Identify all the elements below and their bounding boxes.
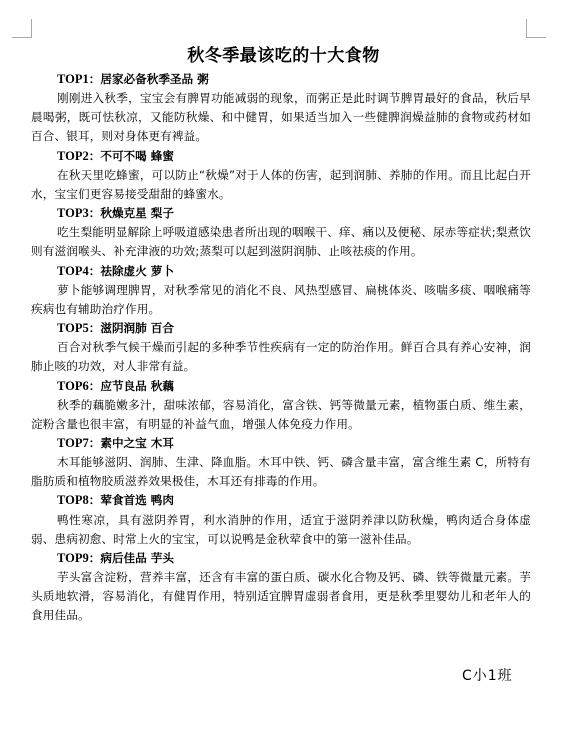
- document-body: TOP1：居家必备秋季圣品 粥 刚刚进入秋季，宝宝会有脾胃功能减弱的现象，而粥正…: [31, 70, 531, 626]
- rank-label: TOP8: [57, 493, 89, 507]
- document-title: 秋冬季最该吃的十大食物: [0, 41, 567, 66]
- section-title: 祛除虚火 萝卜: [100, 264, 174, 278]
- rank-separator: ：: [89, 493, 101, 507]
- section-paragraph: 秋季的藕脆嫩多汁，甜味浓郁，容易消化，富含铁、钙等微量元素，植物蛋白质、维生素，…: [31, 396, 531, 434]
- section-top6: TOP6：应节良品 秋藕 秋季的藕脆嫩多汁，甜味浓郁，容易消化，富含铁、钙等微量…: [31, 377, 531, 434]
- section-heading: TOP8：荤食首选 鸭肉: [31, 491, 531, 510]
- rank-label: TOP9: [57, 551, 89, 565]
- section-heading: TOP7：素中之宝 木耳: [31, 434, 531, 453]
- rank-label: TOP4: [57, 264, 89, 278]
- section-top2: TOP2：不可不喝 蜂蜜 在秋天里吃蜂蜜，可以防止“秋燥”对于人体的伤害，起到润…: [31, 147, 531, 204]
- section-title: 病后佳品 芋头: [100, 551, 174, 565]
- section-title: 秋燥克星 梨子: [100, 206, 174, 220]
- class-signature: C小1班: [462, 665, 513, 685]
- rank-separator: ：: [89, 321, 101, 335]
- section-paragraph: 吃生梨能明显解除上呼吸道感染患者所出现的咽喉干、痒、痛以及便秘、尿赤等症状;梨煮…: [31, 223, 531, 261]
- rank-label: TOP2: [57, 149, 89, 163]
- section-heading: TOP5：滋阴润肺 百合: [31, 319, 531, 338]
- section-top4: TOP4：祛除虚火 萝卜 萝卜能够调理脾胃，对秋季常见的消化不良、风热型感冒、扁…: [31, 262, 531, 319]
- section-paragraph: 百合对秋季气候干燥而引起的多种季节性疾病有一定的防治作用。鲜百合具有养心安神，润…: [31, 338, 531, 376]
- rank-label: TOP3: [57, 206, 89, 220]
- section-paragraph: 刚刚进入秋季，宝宝会有脾胃功能减弱的现象，而粥正是此时调节脾胃最好的食品，秋后早…: [31, 89, 531, 146]
- page-corner-mark-top-left: [12, 19, 32, 38]
- rank-label: TOP6: [57, 379, 89, 393]
- section-heading: TOP2：不可不喝 蜂蜜: [31, 147, 531, 166]
- rank-separator: ：: [89, 379, 101, 393]
- section-title: 应节良品 秋藕: [100, 379, 174, 393]
- section-top5: TOP5：滋阴润肺 百合 百合对秋季气候干燥而引起的多种季节性疾病有一定的防治作…: [31, 319, 531, 376]
- section-top7: TOP7：素中之宝 木耳 木耳能够滋阴、润肺、生津、降血脂。木耳中铁、钙、磷含量…: [31, 434, 531, 491]
- section-paragraph: 木耳能够滋阴、润肺、生津、降血脂。木耳中铁、钙、磷含量丰富，富含维生素 C，所特…: [31, 453, 531, 491]
- section-heading: TOP6：应节良品 秋藕: [31, 377, 531, 396]
- rank-separator: ：: [89, 206, 101, 220]
- rank-separator: ：: [89, 149, 101, 163]
- rank-separator: ：: [89, 436, 101, 450]
- section-title: 素中之宝 木耳: [100, 436, 174, 450]
- section-top3: TOP3：秋燥克星 梨子 吃生梨能明显解除上呼吸道感染患者所出现的咽喉干、痒、痛…: [31, 204, 531, 261]
- rank-separator: ：: [89, 264, 101, 278]
- rank-label: TOP1: [57, 72, 89, 86]
- rank-label: TOP7: [57, 436, 89, 450]
- section-heading: TOP3：秋燥克星 梨子: [31, 204, 531, 223]
- section-title: 居家必备秋季圣品 粥: [100, 72, 208, 86]
- section-title: 不可不喝 蜂蜜: [100, 149, 174, 163]
- section-title: 荤食首选 鸭肉: [100, 493, 174, 507]
- section-paragraph: 芋头富含淀粉，营养丰富，还含有丰富的蛋白质、碳水化合物及钙、磷、铁等微量元素。芋…: [31, 568, 531, 625]
- section-heading: TOP4：祛除虚火 萝卜: [31, 262, 531, 281]
- section-paragraph: 在秋天里吃蜂蜜，可以防止“秋燥”对于人体的伤害，起到润肺、养肺的作用。而且比起白…: [31, 166, 531, 204]
- section-paragraph: 萝卜能够调理脾胃，对秋季常见的消化不良、风热型感冒、扁桃体炎、咳喘多痰、咽喉痛等…: [31, 281, 531, 319]
- section-heading: TOP1：居家必备秋季圣品 粥: [31, 70, 531, 89]
- section-top8: TOP8：荤食首选 鸭肉 鸭性寒凉，具有滋阴养胃，利水消肿的作用，适宜于滋阴养津…: [31, 491, 531, 548]
- rank-separator: ：: [89, 551, 101, 565]
- rank-separator: ：: [89, 72, 101, 86]
- section-top1: TOP1：居家必备秋季圣品 粥 刚刚进入秋季，宝宝会有脾胃功能减弱的现象，而粥正…: [31, 70, 531, 147]
- section-top9: TOP9：病后佳品 芋头 芋头富含淀粉，营养丰富，还含有丰富的蛋白质、碳水化合物…: [31, 549, 531, 626]
- page-corner-mark-top-right: [526, 19, 546, 38]
- section-title: 滋阴润肺 百合: [100, 321, 174, 335]
- section-heading: TOP9：病后佳品 芋头: [31, 549, 531, 568]
- section-paragraph: 鸭性寒凉，具有滋阴养胃，利水消肿的作用，适宜于滋阴养津以防秋燥，鸭肉适合身体虚弱…: [31, 511, 531, 549]
- rank-label: TOP5: [57, 321, 89, 335]
